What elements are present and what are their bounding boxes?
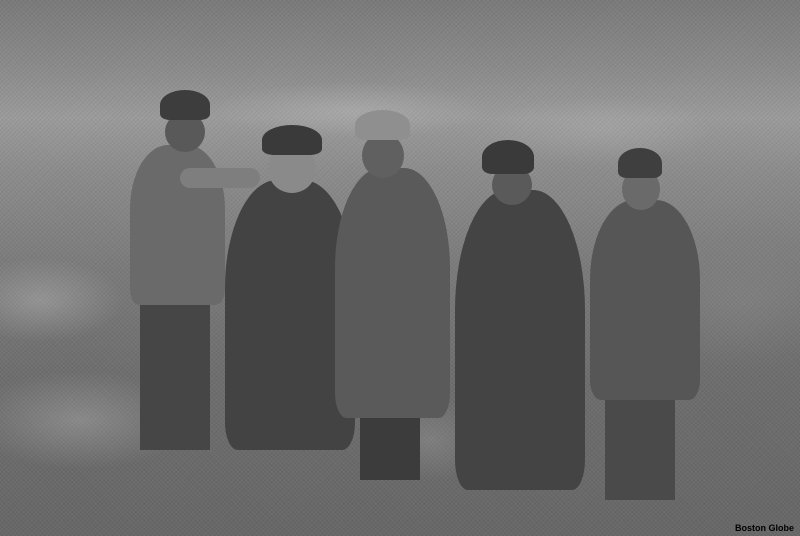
figure-body bbox=[590, 200, 700, 400]
figure-hat bbox=[355, 110, 410, 140]
figure-pointing-arm bbox=[180, 168, 260, 188]
figure-hat bbox=[618, 148, 662, 178]
photo-credit: Boston Globe bbox=[735, 523, 794, 533]
figure-hat bbox=[262, 125, 322, 155]
figure-body bbox=[455, 190, 585, 490]
figure-hat bbox=[482, 140, 534, 174]
figure-hat bbox=[160, 90, 210, 120]
figure-legs bbox=[140, 300, 210, 450]
figure-legs bbox=[605, 390, 675, 500]
figure-body bbox=[335, 168, 450, 418]
newspaper-photo: Boston Globe bbox=[0, 0, 800, 536]
